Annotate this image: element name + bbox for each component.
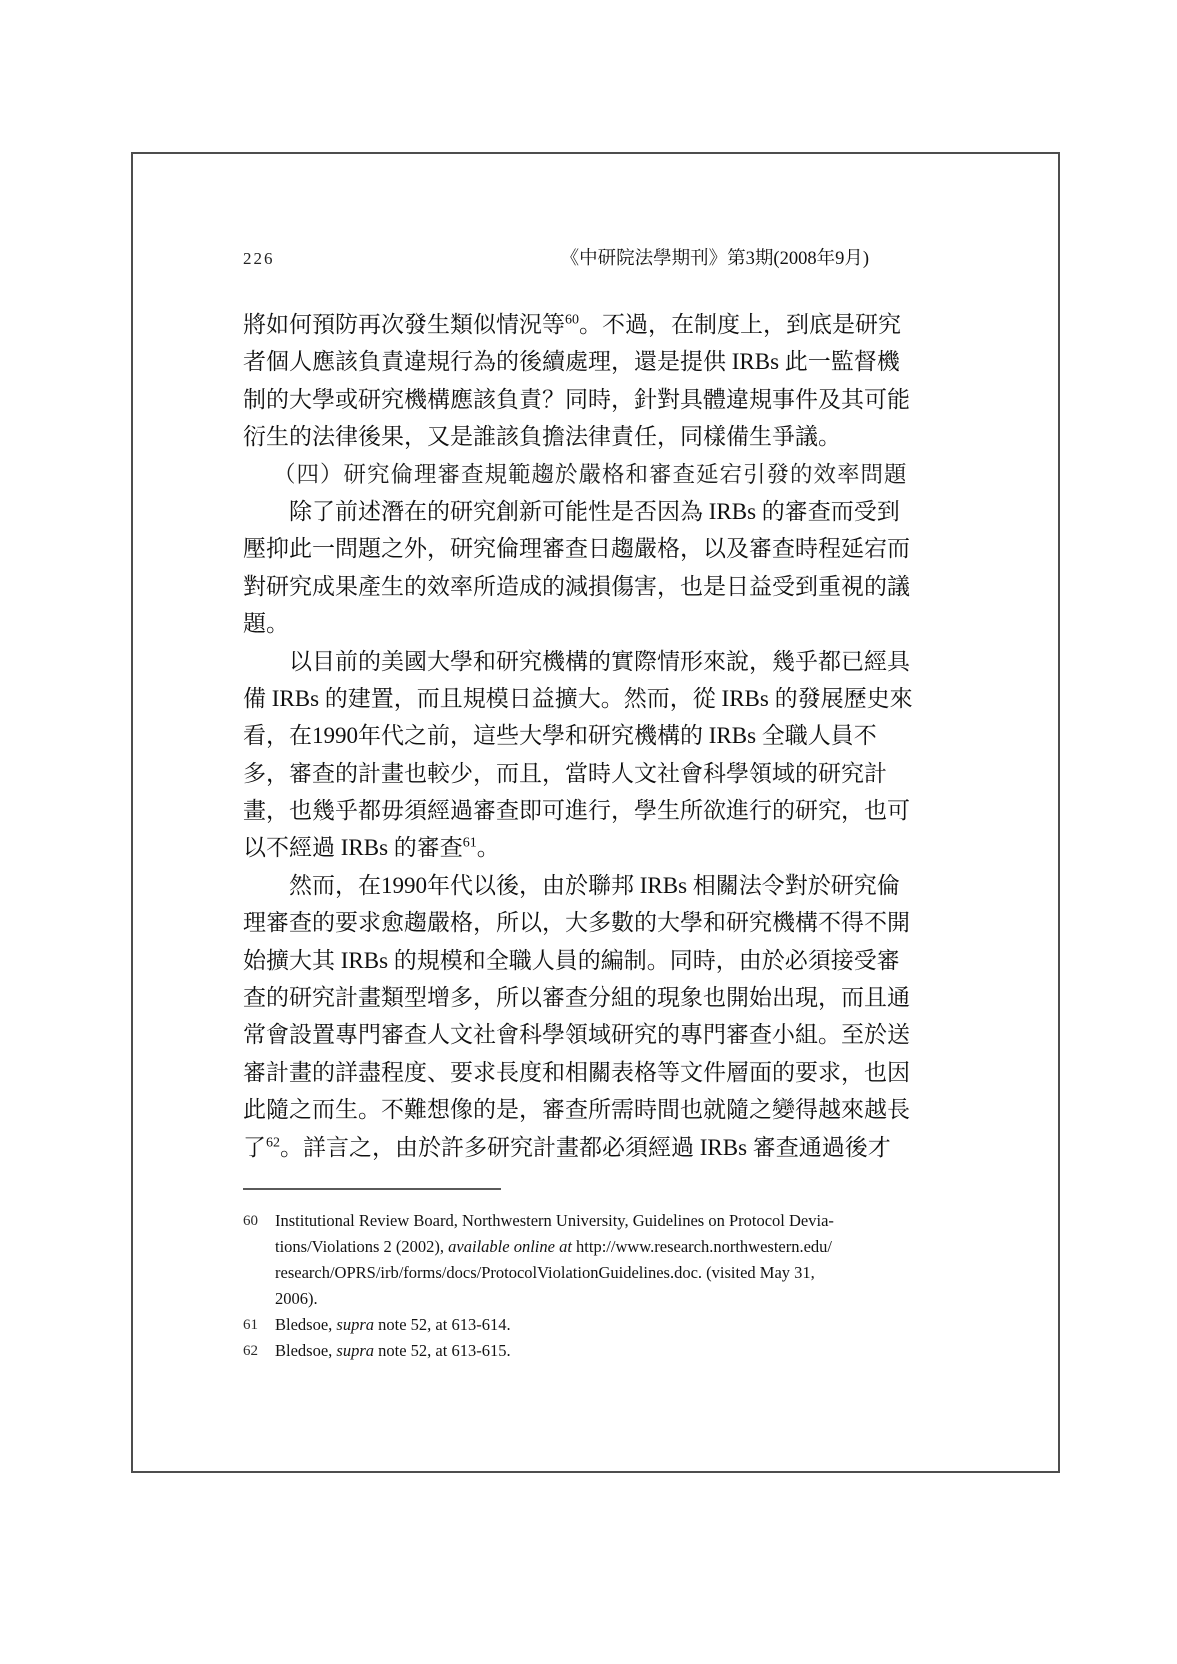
text-segment: 者個人應該負責違規行為的後續處理，還是提供 IRBs 此一監督機 bbox=[243, 349, 900, 374]
footnote-text: Institutional Review Board, Northwestern… bbox=[275, 1208, 871, 1312]
text-line: 衍生的法律後果，又是誰該負擔法律責任，同樣備生爭議。 bbox=[243, 418, 871, 455]
footnotes: 60Institutional Review Board, Northweste… bbox=[243, 1208, 871, 1364]
text-segment: 審計畫的詳盡程度、要求長度和相關表格等文件層面的要求，也因 bbox=[243, 1060, 910, 1085]
text-segment: 。詳言之，由於許多研究計畫都必須經過 IRBs 審查通過後才 bbox=[280, 1135, 891, 1160]
footnote-reference: 62 bbox=[266, 1135, 280, 1150]
text-segment: 以目前的美國大學和研究機構的實際情形來說，幾乎都已經具 bbox=[289, 649, 910, 674]
text-segment: 多，審查的計畫也較少，而且，當時人文社會科學領域的研究計 bbox=[243, 761, 887, 786]
text-line: 審計畫的詳盡程度、要求長度和相關表格等文件層面的要求，也因 bbox=[243, 1054, 871, 1091]
italic-text: available online at bbox=[448, 1237, 572, 1256]
text-line: 壓抑此一問題之外，研究倫理審查日趨嚴格，以及審查時程延宕而 bbox=[243, 530, 871, 567]
text-line: 多，審查的計畫也較少，而且，當時人文社會科學領域的研究計 bbox=[243, 755, 871, 792]
text-line: 查的研究計畫類型增多，所以審查分組的現象也開始出現，而且通 bbox=[243, 979, 871, 1016]
text-segment: 看，在1990年代之前，這些大學和研究機構的 IRBs 全職人員不 bbox=[243, 723, 877, 748]
text-segment: 了 bbox=[243, 1135, 266, 1160]
text-segment: 除了前述潛在的研究創新可能性是否因為 IRBs 的審查而受到 bbox=[289, 499, 900, 524]
text-line: 了62。詳言之，由於許多研究計畫都必須經過 IRBs 審查通過後才 bbox=[243, 1129, 871, 1166]
footnote-item: 62Bledsoe, supra note 52, at 613-615. bbox=[243, 1338, 871, 1364]
text-segment: 將如何預防再次發生類似情況等 bbox=[243, 312, 565, 337]
footnote-separator bbox=[243, 1188, 501, 1190]
footnote-item: 60Institutional Review Board, Northweste… bbox=[243, 1208, 871, 1312]
text-segment: 2006). bbox=[275, 1289, 318, 1308]
text-segment: 常會設置專門審查人文社會科學領域研究的專門審查小組。至於送 bbox=[243, 1022, 910, 1047]
text-segment: 此隨之而生。不難想像的是，審查所需時間也就隨之變得越來越長 bbox=[243, 1097, 910, 1122]
text-line: 理審查的要求愈趨嚴格，所以，大多數的大學和研究機構不得不開 bbox=[243, 904, 871, 941]
text-segment: 然而，在1990年代以後，由於聯邦 IRBs 相關法令對於研究倫 bbox=[289, 873, 900, 898]
footnote-number: 61 bbox=[243, 1312, 275, 1338]
page-header: 226 《中研院法學期刊》第3期(2008年9月) bbox=[243, 244, 869, 270]
text-segment: 衍生的法律後果，又是誰該負擔法律責任，同樣備生爭議。 bbox=[243, 424, 841, 449]
text-segment: 理審查的要求愈趨嚴格，所以，大多數的大學和研究機構不得不開 bbox=[243, 910, 910, 935]
text-segment: （四）研究倫理審查規範趨於嚴格和審查延宕引發的效率問題 bbox=[273, 462, 908, 487]
text-segment: Institutional Review Board, Northwestern… bbox=[275, 1211, 834, 1230]
text-line: 然而，在1990年代以後，由於聯邦 IRBs 相關法令對於研究倫 bbox=[243, 867, 871, 904]
text-segment: 查的研究計畫類型增多，所以審查分組的現象也開始出現，而且通 bbox=[243, 985, 910, 1010]
footnote-reference: 61 bbox=[463, 836, 477, 851]
footnote-text: Bledsoe, supra note 52, at 613-614. bbox=[275, 1312, 871, 1338]
text-line: 始擴大其 IRBs 的規模和全職人員的編制。同時，由於必須接受審 bbox=[243, 942, 871, 979]
text-line: 以目前的美國大學和研究機構的實際情形來說，幾乎都已經具 bbox=[243, 643, 871, 680]
paragraph: 將如何預防再次發生類似情況等60。不過，在制度上，到底是研究者個人應該負責違規行… bbox=[243, 306, 871, 456]
text-segment: 題。 bbox=[243, 611, 289, 636]
text-line: 題。 bbox=[243, 605, 871, 642]
text-line: 備 IRBs 的建置，而且規模日益擴大。然而，從 IRBs 的發展歷史來 bbox=[243, 680, 871, 717]
text-segment: note 52, at 613-615. bbox=[374, 1341, 511, 1360]
text-segment: research/OPRS/irb/forms/docs/ProtocolVio… bbox=[275, 1263, 815, 1282]
footnote-line: Bledsoe, supra note 52, at 613-614. bbox=[275, 1312, 871, 1338]
text-segment: 畫，也幾乎都毋須經過審查即可進行，學生所欲進行的研究，也可 bbox=[243, 798, 910, 823]
footnote-number: 62 bbox=[243, 1338, 275, 1364]
text-segment: 壓抑此一問題之外，研究倫理審查日趨嚴格，以及審查時程延宕而 bbox=[243, 536, 910, 561]
text-line: 此隨之而生。不難想像的是，審查所需時間也就隨之變得越來越長 bbox=[243, 1091, 871, 1128]
text-line: 制的大學或研究機構應該負責？同時，針對具體違規事件及其可能 bbox=[243, 381, 871, 418]
footnote-line: tions/Violations 2 (2002), available onl… bbox=[275, 1234, 871, 1260]
text-segment: tions/Violations 2 (2002), bbox=[275, 1237, 448, 1256]
footnote-line: Bledsoe, supra note 52, at 613-615. bbox=[275, 1338, 871, 1364]
text-line: 以不經過 IRBs 的審查61。 bbox=[243, 829, 871, 866]
journal-header: 《中研院法學期刊》第3期(2008年9月) bbox=[561, 244, 869, 270]
text-segment: 。 bbox=[477, 835, 500, 860]
text-segment: 備 IRBs 的建置，而且規模日益擴大。然而，從 IRBs 的發展歷史來 bbox=[243, 686, 913, 711]
text-segment: 制的大學或研究機構應該負責？同時，針對具體違規事件及其可能 bbox=[243, 387, 910, 412]
footnote-line: 2006). bbox=[275, 1286, 871, 1312]
footnote-line: Institutional Review Board, Northwestern… bbox=[275, 1208, 871, 1234]
italic-text: supra bbox=[336, 1341, 374, 1360]
paragraph: 除了前述潛在的研究創新可能性是否因為 IRBs 的審查而受到壓抑此一問題之外，研… bbox=[243, 493, 871, 643]
text-line: 者個人應該負責違規行為的後續處理，還是提供 IRBs 此一監督機 bbox=[243, 343, 871, 380]
text-line: 看，在1990年代之前，這些大學和研究機構的 IRBs 全職人員不 bbox=[243, 717, 871, 754]
body-text: 將如何預防再次發生類似情況等60。不過，在制度上，到底是研究者個人應該負責違規行… bbox=[243, 306, 871, 1166]
text-segment: 始擴大其 IRBs 的規模和全職人員的編制。同時，由於必須接受審 bbox=[243, 948, 900, 973]
text-segment: http://www.research.northwestern.edu/ bbox=[572, 1237, 832, 1256]
text-segment: Bledsoe, bbox=[275, 1341, 336, 1360]
section-heading: （四）研究倫理審查規範趨於嚴格和審查延宕引發的效率問題 bbox=[243, 456, 871, 493]
italic-text: supra bbox=[336, 1315, 374, 1334]
footnote-number: 60 bbox=[243, 1208, 275, 1312]
text-line: （四）研究倫理審查規範趨於嚴格和審查延宕引發的效率問題 bbox=[243, 456, 871, 493]
footnote-text: Bledsoe, supra note 52, at 613-615. bbox=[275, 1338, 871, 1364]
text-segment: 對研究成果產生的效率所造成的減損傷害，也是日益受到重視的議 bbox=[243, 574, 910, 599]
text-line: 常會設置專門審查人文社會科學領域研究的專門審查小組。至於送 bbox=[243, 1016, 871, 1053]
document-page: { "page": { "number": "226", "journal_he… bbox=[0, 0, 1177, 1664]
text-line: 對研究成果產生的效率所造成的減損傷害，也是日益受到重視的議 bbox=[243, 568, 871, 605]
text-segment: Bledsoe, bbox=[275, 1315, 336, 1334]
text-segment: note 52, at 613-614. bbox=[374, 1315, 511, 1334]
text-segment: 。不過，在制度上，到底是研究 bbox=[579, 312, 901, 337]
footnote-line: research/OPRS/irb/forms/docs/ProtocolVio… bbox=[275, 1260, 871, 1286]
text-line: 除了前述潛在的研究創新可能性是否因為 IRBs 的審查而受到 bbox=[243, 493, 871, 530]
text-line: 畫，也幾乎都毋須經過審查即可進行，學生所欲進行的研究，也可 bbox=[243, 792, 871, 829]
footnote-item: 61Bledsoe, supra note 52, at 613-614. bbox=[243, 1312, 871, 1338]
paragraph: 以目前的美國大學和研究機構的實際情形來說，幾乎都已經具備 IRBs 的建置，而且… bbox=[243, 643, 871, 867]
page-number: 226 bbox=[243, 249, 275, 269]
text-segment: 以不經過 IRBs 的審查 bbox=[243, 835, 463, 860]
text-line: 將如何預防再次發生類似情況等60。不過，在制度上，到底是研究 bbox=[243, 306, 871, 343]
footnote-reference: 60 bbox=[565, 312, 579, 327]
paragraph: 然而，在1990年代以後，由於聯邦 IRBs 相關法令對於研究倫理審查的要求愈趨… bbox=[243, 867, 871, 1166]
